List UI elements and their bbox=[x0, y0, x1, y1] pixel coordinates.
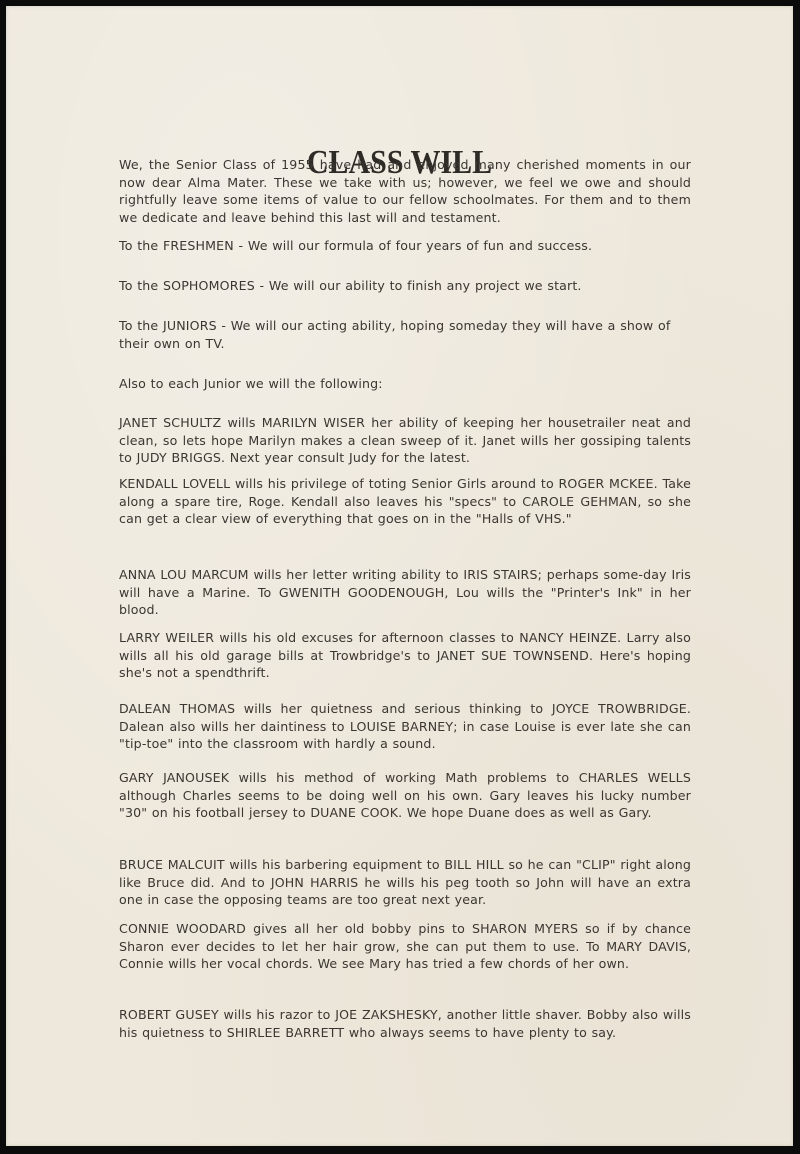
juniors-bequest: To the JUNIORS - We will our acting abil… bbox=[119, 317, 691, 352]
intro-paragraph: We, the Senior Class of 1955 have had an… bbox=[119, 156, 691, 226]
bequest-paragraph: DALEAN THOMAS wills her quietness and se… bbox=[119, 700, 691, 753]
bequest-paragraph: BRUCE MALCUIT wills his barbering equipm… bbox=[119, 856, 691, 909]
document-page: CLASS WILL We, the Senior Class of 1955 … bbox=[6, 6, 793, 1146]
bequest-paragraph: JANET SCHULTZ wills MARILYN WISER her ab… bbox=[119, 414, 691, 467]
sophomores-bequest: To the SOPHOMORES - We will our ability … bbox=[119, 277, 691, 295]
bequest-paragraph: ANNA LOU MARCUM wills her letter writing… bbox=[119, 566, 691, 619]
bequest-paragraph: ROBERT GUSEY wills his razor to JOE ZAKS… bbox=[119, 1006, 691, 1041]
junior-intro: Also to each Junior we will the followin… bbox=[119, 375, 691, 393]
bequest-paragraph: CONNIE WOODARD gives all her old bobby p… bbox=[119, 920, 691, 973]
bequest-paragraph: GARY JANOUSEK wills his method of workin… bbox=[119, 769, 691, 822]
bequest-paragraph: KENDALL LOVELL wills his privilege of to… bbox=[119, 475, 691, 528]
freshmen-bequest: To the FRESHMEN - We will our formula of… bbox=[119, 237, 691, 255]
bequest-paragraph: LARRY WEILER wills his old excuses for a… bbox=[119, 629, 691, 682]
